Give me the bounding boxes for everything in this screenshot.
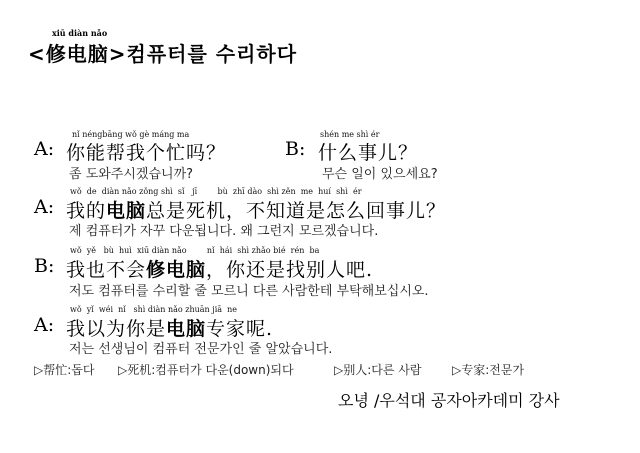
vocab-item: ▷死机:컴퓨터가 다운(down)되다 [118, 361, 294, 378]
vocab-item: ▷别人:다른 사람 [334, 361, 421, 378]
pinyin: wǒ yǐ wéi nǐ shì diàn nǎo zhuān jiā ne [70, 305, 237, 314]
pinyin: wǒ de diàn nǎo zǒng shì sǐ jī bù zhī dào… [70, 187, 362, 196]
chinese-text: 我的电脑总是死机，不知道是怎么回事儿？ [66, 196, 446, 223]
speaker-label: A: [34, 196, 54, 218]
chinese-text: 我也不会修电脑，你还是找别人吧. [66, 255, 373, 282]
speaker-label: B: [285, 138, 305, 160]
korean-translation: 무슨 일이 있으세요? [322, 163, 438, 182]
korean-translation: 좀 도와주시겠습니까? [69, 163, 193, 182]
lesson-title: <修电脑>컴퓨터를 수리하다 [28, 38, 297, 67]
speaker-label: B: [34, 255, 54, 277]
triangle-icon: ▷ [452, 363, 461, 377]
korean-translation: 제 컴퓨터가 자꾸 다운됩니다. 왜 그런지 모르겠습니다. [69, 220, 378, 239]
korean-translation: 저는 선생님이 컴퓨터 전문가인 줄 알았습니다. [69, 338, 332, 357]
chinese-text: 我以为你是电脑专家呢. [66, 314, 273, 341]
chinese-text: 什么事儿？ [318, 138, 418, 165]
korean-translation: 저도 컴퓨터를 수리할 줄 모르니 다른 사람한테 부탁해보십시오. [69, 280, 429, 299]
vocab-item: ▷帮忙:돕다 [34, 361, 94, 378]
triangle-icon: ▷ [334, 363, 343, 377]
lesson-title-pinyin: xiū diàn nǎo [52, 28, 107, 38]
chinese-text: 你能帮我个忙吗？ [66, 138, 226, 165]
vocab-item: ▷专家:전문가 [452, 361, 524, 378]
speaker-label: A: [34, 138, 54, 160]
triangle-icon: ▷ [118, 363, 127, 377]
triangle-icon: ▷ [34, 363, 43, 377]
speaker-label: A: [34, 314, 54, 336]
author-credit: 오녕 /우석대 공자아카데미 강사 [338, 388, 560, 411]
pinyin: wǒ yě bù huì xiū diàn nǎo nǐ hái shì zhǎ… [70, 246, 319, 255]
